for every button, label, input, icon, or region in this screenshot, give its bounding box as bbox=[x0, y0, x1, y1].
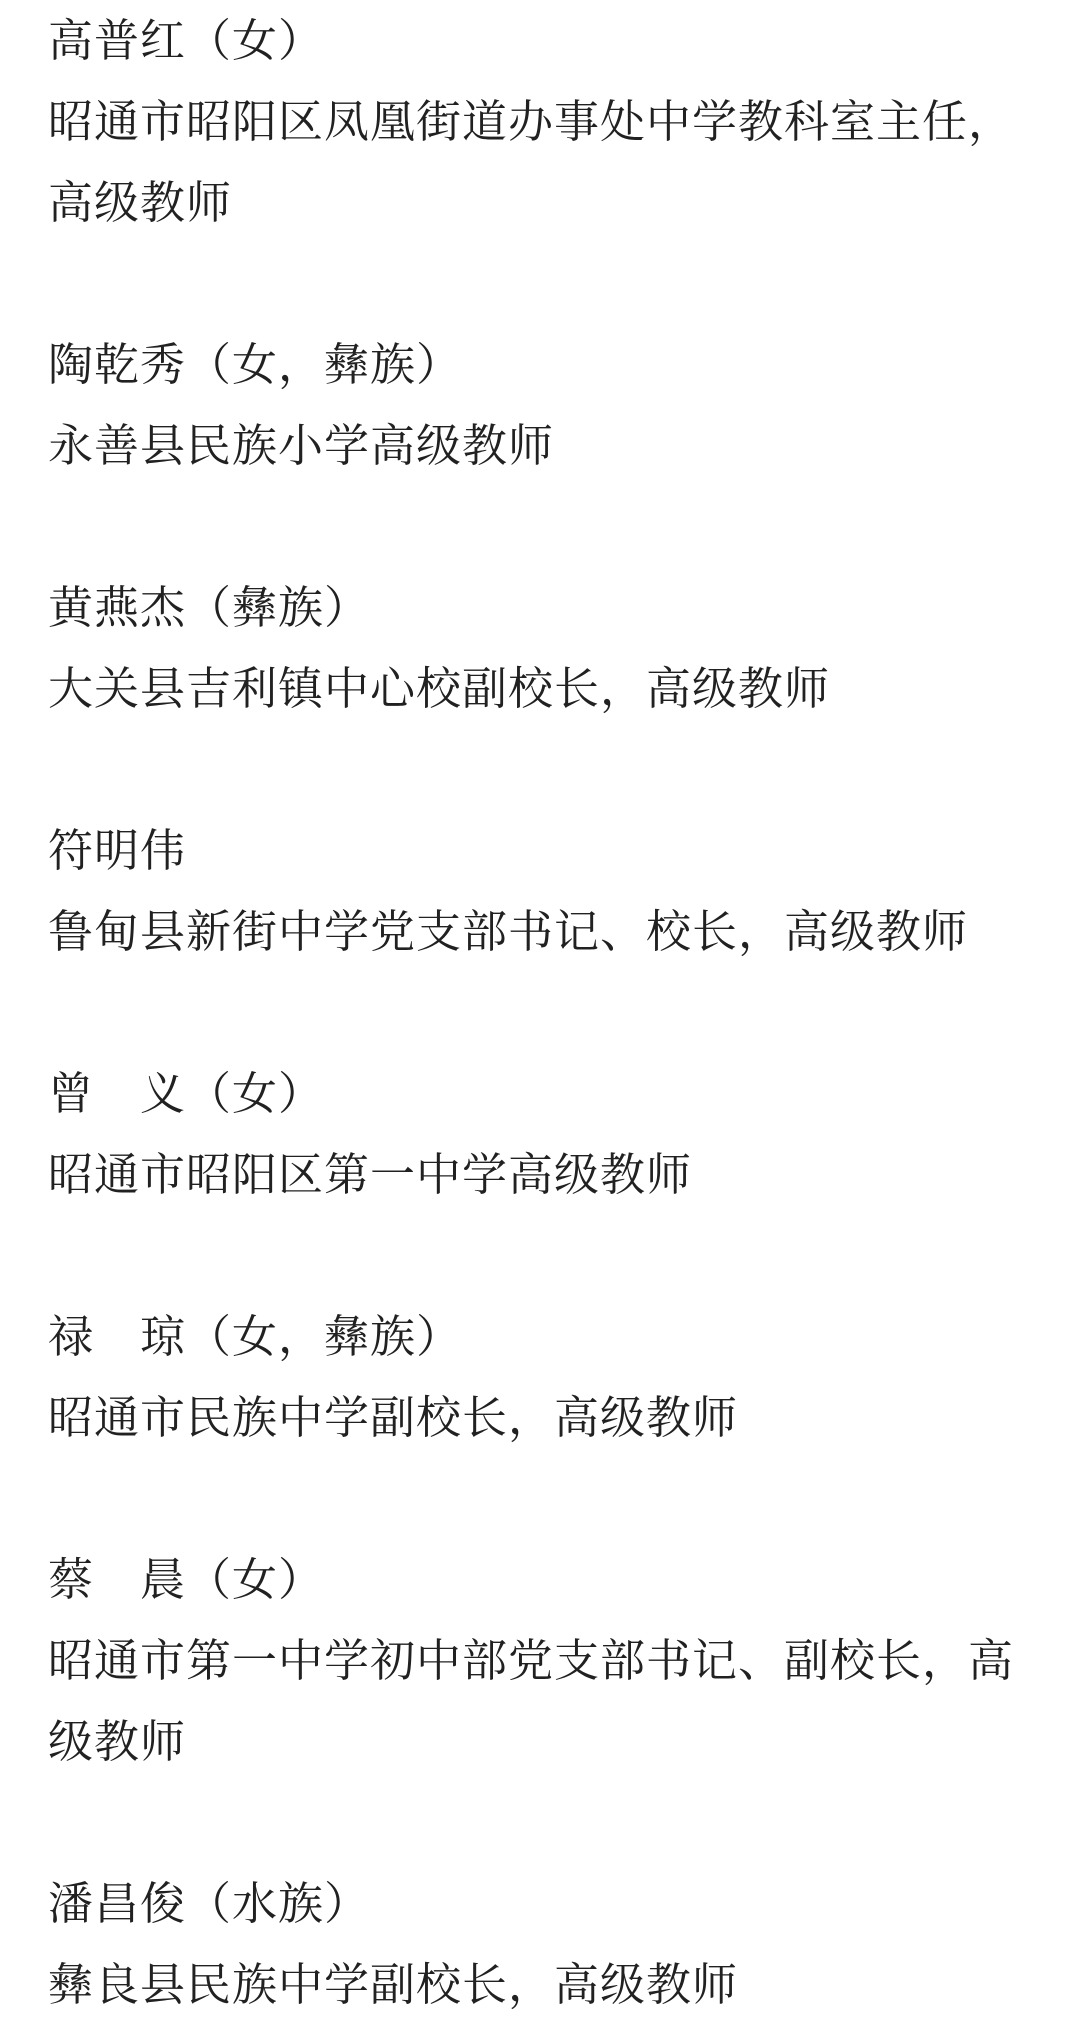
honoree-name: 潘昌俊（水族） bbox=[48, 1863, 1055, 1944]
honoree-name: 蔡 晨（女） bbox=[48, 1539, 1055, 1620]
honoree-description: 昭通市昭阳区第一中学高级教师 bbox=[48, 1134, 1055, 1215]
honoree-name: 曾 义（女） bbox=[48, 1053, 1055, 1134]
honoree-entry: 符明伟 鲁甸县新街中学党支部书记、校长，高级教师 bbox=[48, 810, 1055, 972]
honoree-entry: 禄 琼（女，彝族） 昭通市民族中学副校长，高级教师 bbox=[48, 1296, 1055, 1458]
honoree-description: 永善县民族小学高级教师 bbox=[48, 405, 1055, 486]
honoree-entry: 高普红（女） 昭通市昭阳区凤凰街道办事处中学教科室主任，高级教师 bbox=[48, 0, 1055, 243]
honoree-name: 高普红（女） bbox=[48, 0, 1055, 81]
honoree-name: 陶乾秀（女，彝族） bbox=[48, 324, 1055, 405]
honoree-description: 昭通市第一中学初中部党支部书记、副校长，高级教师 bbox=[48, 1620, 1055, 1782]
entries-list: 高普红（女） 昭通市昭阳区凤凰街道办事处中学教科室主任，高级教师 陶乾秀（女，彝… bbox=[48, 0, 1055, 2020]
honoree-entry: 陶乾秀（女，彝族） 永善县民族小学高级教师 bbox=[48, 324, 1055, 486]
document-page: 高普红（女） 昭通市昭阳区凤凰街道办事处中学教科室主任，高级教师 陶乾秀（女，彝… bbox=[0, 0, 1079, 2020]
honoree-name: 黄燕杰（彝族） bbox=[48, 567, 1055, 648]
honoree-entry: 黄燕杰（彝族） 大关县吉利镇中心校副校长，高级教师 bbox=[48, 567, 1055, 729]
honoree-description: 昭通市昭阳区凤凰街道办事处中学教科室主任，高级教师 bbox=[48, 81, 1055, 243]
honoree-name: 符明伟 bbox=[48, 810, 1055, 891]
honoree-entry: 潘昌俊（水族） 彝良县民族中学副校长，高级教师 bbox=[48, 1863, 1055, 2020]
honoree-description: 鲁甸县新街中学党支部书记、校长，高级教师 bbox=[48, 891, 1055, 972]
honoree-entry: 曾 义（女） 昭通市昭阳区第一中学高级教师 bbox=[48, 1053, 1055, 1215]
honoree-description: 彝良县民族中学副校长，高级教师 bbox=[48, 1944, 1055, 2020]
honoree-description: 昭通市民族中学副校长，高级教师 bbox=[48, 1377, 1055, 1458]
honoree-name: 禄 琼（女，彝族） bbox=[48, 1296, 1055, 1377]
honoree-entry: 蔡 晨（女） 昭通市第一中学初中部党支部书记、副校长，高级教师 bbox=[48, 1539, 1055, 1782]
honoree-description: 大关县吉利镇中心校副校长，高级教师 bbox=[48, 648, 1055, 729]
